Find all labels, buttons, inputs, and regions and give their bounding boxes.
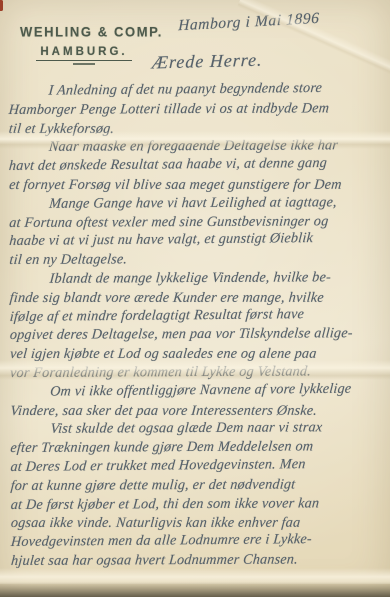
letterhead: WEHLING & COMP. HAMBURG. (20, 24, 148, 65)
body-line: haabe vi at vi just nu have valgt, et gu… (9, 229, 388, 251)
letter-page: WEHLING & COMP. HAMBURG. Hamborg i Mai 1… (0, 0, 390, 597)
salutation: Ærede Herre. (152, 50, 264, 74)
paper-edge-mark (0, 0, 3, 11)
body-line: Hovedgevinsten men da alle Lodnumre ere … (10, 529, 389, 551)
paper-edge-mark (0, 0, 3, 11)
paper-edge-mark (0, 0, 3, 11)
body-line: Hamborger Penge Lotteri tillade vi os at… (8, 99, 387, 120)
letterhead-city: HAMBURG. (36, 46, 131, 61)
body-line: at De først kjøber et Lod, thi den som i… (10, 494, 389, 515)
body-line: Mange Gange have vi havt Leilighed at ia… (8, 193, 387, 214)
paper-bottom-edge-shadow (0, 582, 390, 597)
body-line: opgivet deres Deltagelse, men paa vor Ti… (9, 324, 388, 345)
body-line: hjulet saa har ogsaa hvert Lodnummer Cha… (10, 550, 389, 571)
body-line: Vist skulde det ogsaa glæde Dem naar vi … (10, 418, 389, 439)
paper-edge-mark (0, 0, 3, 11)
body-line: Iblandt de mange lykkelige Vindende, hvi… (9, 268, 388, 289)
body-line: til en ny Deltagelse. (9, 249, 388, 270)
body-line: vel igjen kjøbte et Lod og saaledes ene … (9, 345, 387, 364)
letter-body: I Anledning af det nu paanyt begyndende … (8, 80, 388, 571)
letterhead-company-name: WEHLING & COMP. (20, 23, 148, 39)
letterhead-underline-dash (73, 63, 95, 65)
body-line: at Deres Lod er trukket med Hovedgevinst… (10, 454, 389, 476)
body-line: ifølge af et mindre fordelagtigt Resulta… (9, 304, 388, 326)
body-line: havt det ønskede Resultat saa haabe vi, … (8, 154, 387, 176)
body-line: Om vi ikke offentliggjøre Navnene af vor… (9, 379, 388, 401)
paper-edge-mark (0, 0, 3, 11)
body-line: for at kunne gjøre dette mulig, er det n… (10, 475, 389, 496)
body-line: I Anledning af det nu paanyt begyndende … (8, 78, 387, 100)
dateline: Hamborg i Mai 1896 (178, 7, 378, 36)
body-line: et fornyet Forsøg vil blive saa meget gu… (8, 176, 386, 195)
